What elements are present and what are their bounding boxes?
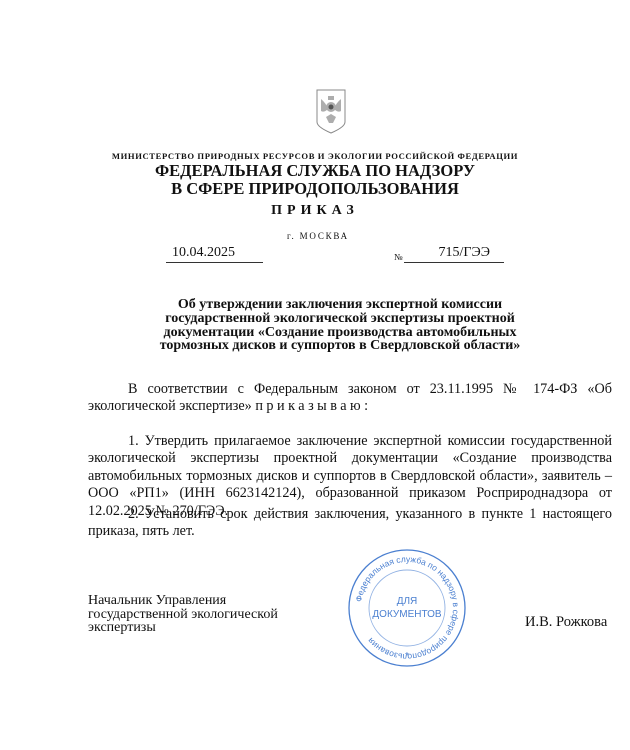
title-line2: государственной экологической экспертизы… — [140, 312, 540, 326]
order-title: Об утверждении заключения экспертной ком… — [140, 298, 540, 353]
item-2-paragraph: 2. Установить срок действия заключения, … — [88, 506, 612, 541]
stamp-center-line1: ДЛЯ — [397, 596, 418, 607]
coat-of-arms-icon — [316, 89, 346, 135]
order-number: 715/ГЭЭ — [404, 245, 504, 263]
signatory-name: И.В. Рожкова — [525, 614, 607, 631]
title-line1: Об утверждении заключения экспертной ком… — [140, 298, 540, 312]
city: г. МОСКВА — [3, 231, 630, 241]
signatory-position: Начальник Управления государственной эко… — [88, 594, 278, 635]
order-word: приказываю: — [255, 398, 371, 414]
position-line3: экспертизы — [88, 621, 278, 635]
position-line2: государственной экологической — [88, 608, 278, 622]
order-date: 10.04.2025 — [166, 245, 263, 263]
number-sign: № — [394, 252, 403, 262]
stamp-center-line2: ДОКУМЕНТОВ — [372, 609, 442, 620]
title-line4: тормозных дисков и суппортов в Свердловс… — [140, 339, 540, 353]
preamble-paragraph: В соответствии с Федеральным законом от … — [88, 381, 612, 416]
title-line3: документации «Создание производства авто… — [140, 326, 540, 340]
position-line1: Начальник Управления — [88, 594, 278, 608]
document-type: ПРИКАЗ — [0, 203, 630, 219]
official-stamp: Федеральная служба по надзору в сфере пр… — [345, 546, 469, 670]
service-name-line2: В СФЕРЕ ПРИРОДОПОЛЬЗОВАНИЯ — [0, 180, 630, 198]
ministry-name: МИНИСТЕРСТВО ПРИРОДНЫХ РЕСУРСОВ И ЭКОЛОГ… — [0, 151, 630, 161]
service-name-line1: ФЕДЕРАЛЬНАЯ СЛУЖБА ПО НАДЗОРУ — [0, 162, 630, 180]
service-name: ФЕДЕРАЛЬНАЯ СЛУЖБА ПО НАДЗОРУ В СФЕРЕ ПР… — [0, 162, 630, 198]
stamp-star: * — [405, 651, 409, 662]
